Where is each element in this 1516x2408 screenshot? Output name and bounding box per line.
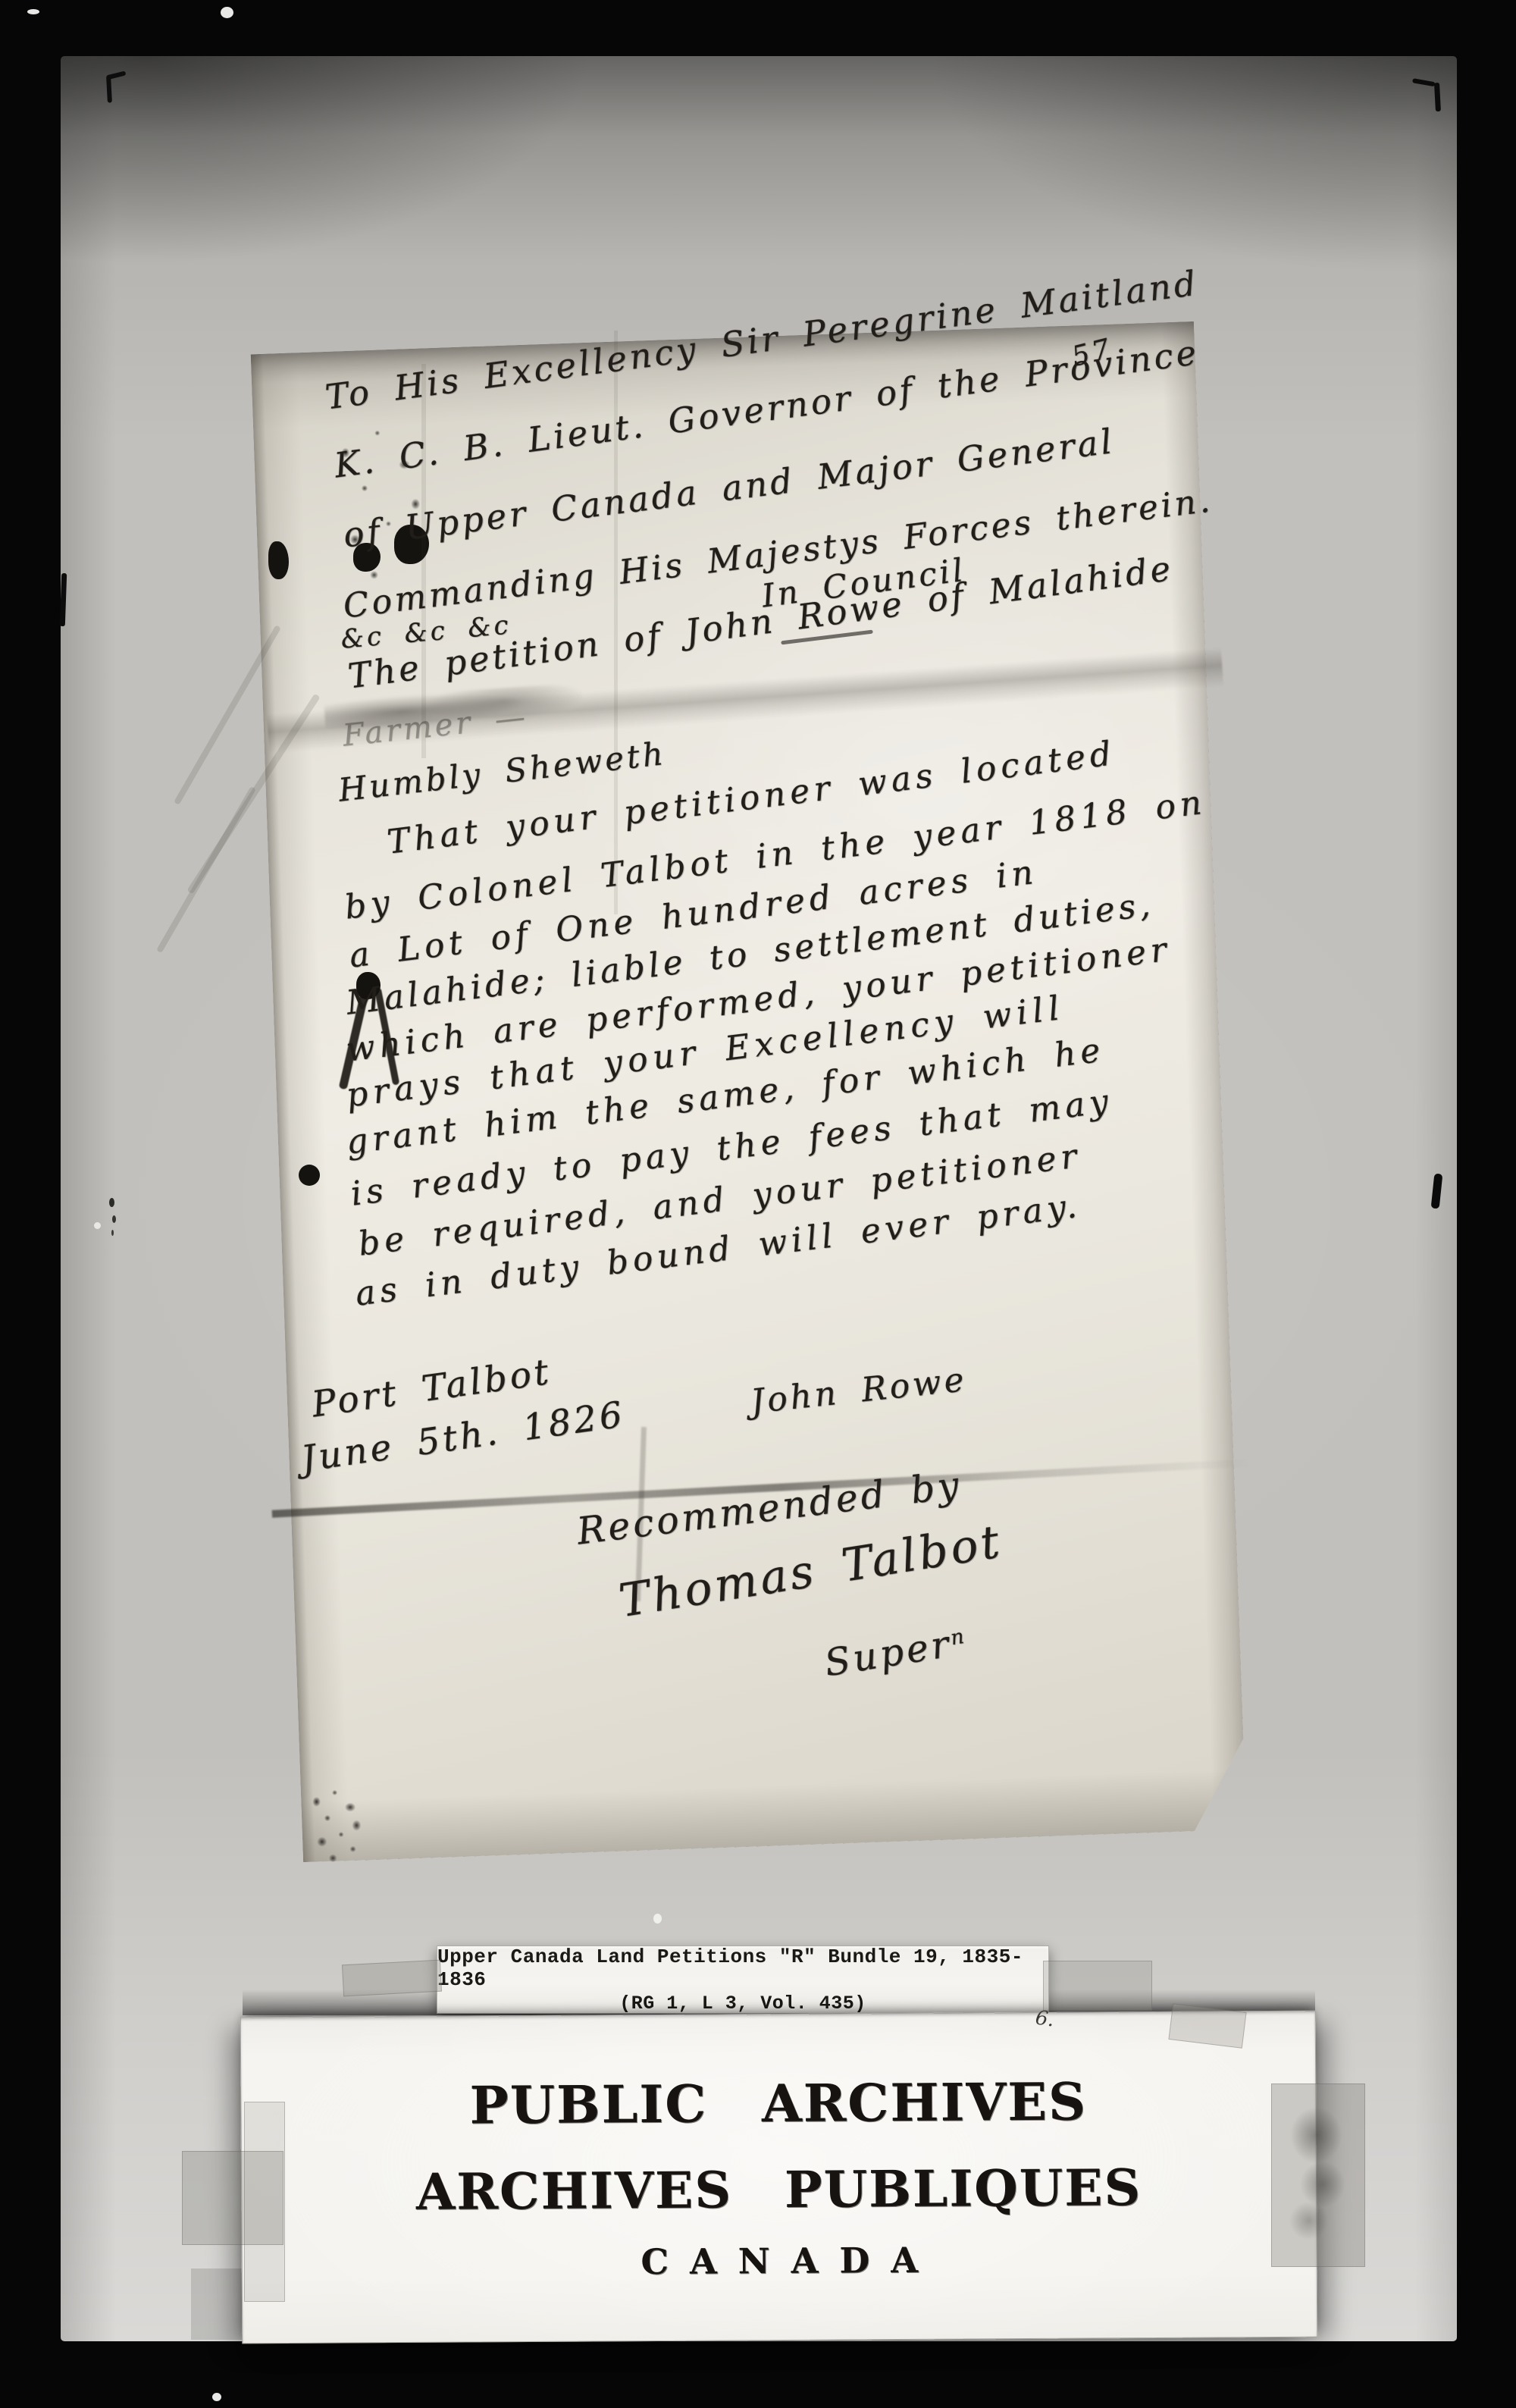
ink-blot xyxy=(299,1165,320,1186)
microfilm-frame: 57 To His Excellency Sir Peregrine Maitl… xyxy=(0,0,1516,2408)
ink-speckle-cluster xyxy=(300,1782,391,1873)
film-speck xyxy=(221,7,233,18)
banner-line-public-archives: PUBLIC ARCHIVES xyxy=(469,2071,1087,2136)
tape-fragment xyxy=(342,1960,442,1997)
crop-mark-top-right-icon xyxy=(1410,78,1442,115)
ink-blot xyxy=(268,541,289,579)
recommender-title-superscript: n xyxy=(949,1624,969,1650)
photo-speck xyxy=(94,1222,101,1229)
tape-fragment xyxy=(244,2102,285,2302)
archives-banner: PUBLIC ARCHIVES ARCHIVES PUBLIQUES CANAD… xyxy=(240,2011,1318,2344)
banner-line-canada: CANADA xyxy=(619,2239,939,2282)
photo-speck xyxy=(653,1914,662,1924)
film-speck xyxy=(27,9,39,14)
tape-fragment xyxy=(1271,2083,1365,2267)
crop-mark-top-left-icon xyxy=(105,71,134,105)
film-speck xyxy=(212,2393,221,2401)
edge-dots-left xyxy=(109,1198,114,1207)
banner-line-archives-publiques: ARCHIVES PUBLIQUES xyxy=(416,2158,1142,2221)
typed-archive-label: Upper Canada Land Petitions "R" Bundle 1… xyxy=(437,1946,1049,2014)
archive-label-line-2: (RG 1, L 3, Vol. 435) xyxy=(619,1993,866,2015)
tape-fragment xyxy=(1043,1961,1152,2011)
archive-label-line-1: Upper Canada Land Petitions "R" Bundle 1… xyxy=(437,1946,1048,1991)
